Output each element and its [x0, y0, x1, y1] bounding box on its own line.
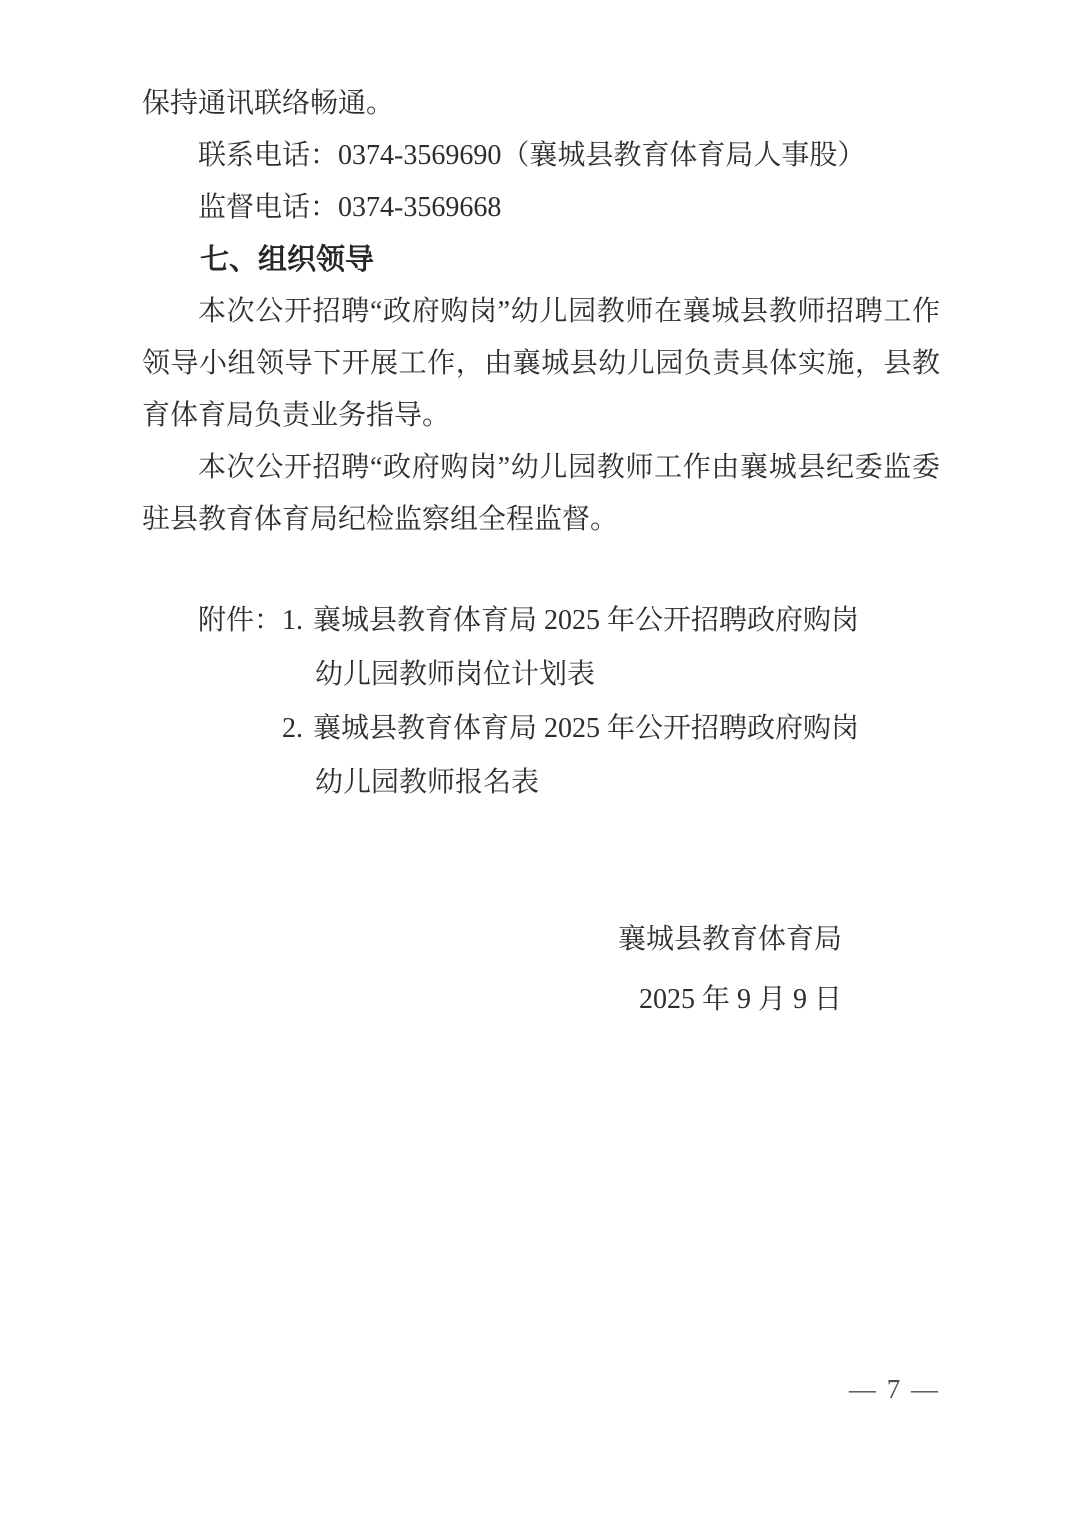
attachments-row: 附件： 1.襄城县教育体育局 2025 年公开招聘政府购岗 幼儿园教师岗位计划表… — [198, 594, 940, 810]
attachment-item-1-number: 1. — [282, 594, 303, 648]
signature-date: 2025 年 9 月 9 日 — [142, 974, 842, 1026]
attachment-item-2-title: 襄城县教育体育局 2025 年公开招聘政府购岗 — [313, 713, 859, 744]
carryover-line: 保持通讯联络畅通。 — [142, 78, 940, 130]
document-page: 保持通讯联络畅通。 联系电话：0374-3569690（襄城县教育体育局人事股）… — [0, 0, 1080, 1527]
attachment-item-2: 2.襄城县教育体育局 2025 年公开招聘政府购岗 幼儿园教师报名表 — [282, 702, 940, 810]
attachments-list: 1.襄城县教育体育局 2025 年公开招聘政府购岗 幼儿园教师岗位计划表 2.襄… — [282, 594, 940, 810]
signature-block: 襄城县教育体育局 2025 年 9 月 9 日 — [142, 914, 940, 1026]
attachment-item-1-title: 襄城县教育体育局 2025 年公开招聘政府购岗 — [313, 605, 859, 636]
attachments-block: 附件： 1.襄城县教育体育局 2025 年公开招聘政府购岗 幼儿园教师岗位计划表… — [142, 594, 940, 810]
page-number: — 7 — — [849, 1372, 940, 1406]
attachment-item-1-line2: 幼儿园教师岗位计划表 — [315, 648, 940, 702]
section-heading-organization-leadership: 七、组织领导 — [142, 234, 940, 286]
attachment-item-1-line1: 1.襄城县教育体育局 2025 年公开招聘政府购岗 — [282, 594, 940, 648]
attachment-item-2-line2: 幼儿园教师报名表 — [315, 756, 940, 810]
paragraph-supervision: 本次公开招聘“政府购岗”幼儿园教师工作由襄城县纪委监委驻县教育体育局纪检监察组全… — [142, 442, 940, 546]
attachment-item-2-number: 2. — [282, 702, 303, 756]
supervision-phone-line: 监督电话：0374-3569668 — [142, 182, 940, 234]
signature-org: 襄城县教育体育局 — [142, 914, 842, 966]
attachment-item-2-line1: 2.襄城县教育体育局 2025 年公开招聘政府购岗 — [282, 702, 940, 756]
attachment-item-1: 1.襄城县教育体育局 2025 年公开招聘政府购岗 幼儿园教师岗位计划表 — [282, 594, 940, 702]
paragraph-implementation: 本次公开招聘“政府购岗”幼儿园教师在襄城县教师招聘工作领导小组领导下开展工作，由… — [142, 286, 940, 442]
contact-phone-line: 联系电话：0374-3569690（襄城县教育体育局人事股） — [142, 130, 940, 182]
attachments-label: 附件： — [198, 594, 282, 648]
